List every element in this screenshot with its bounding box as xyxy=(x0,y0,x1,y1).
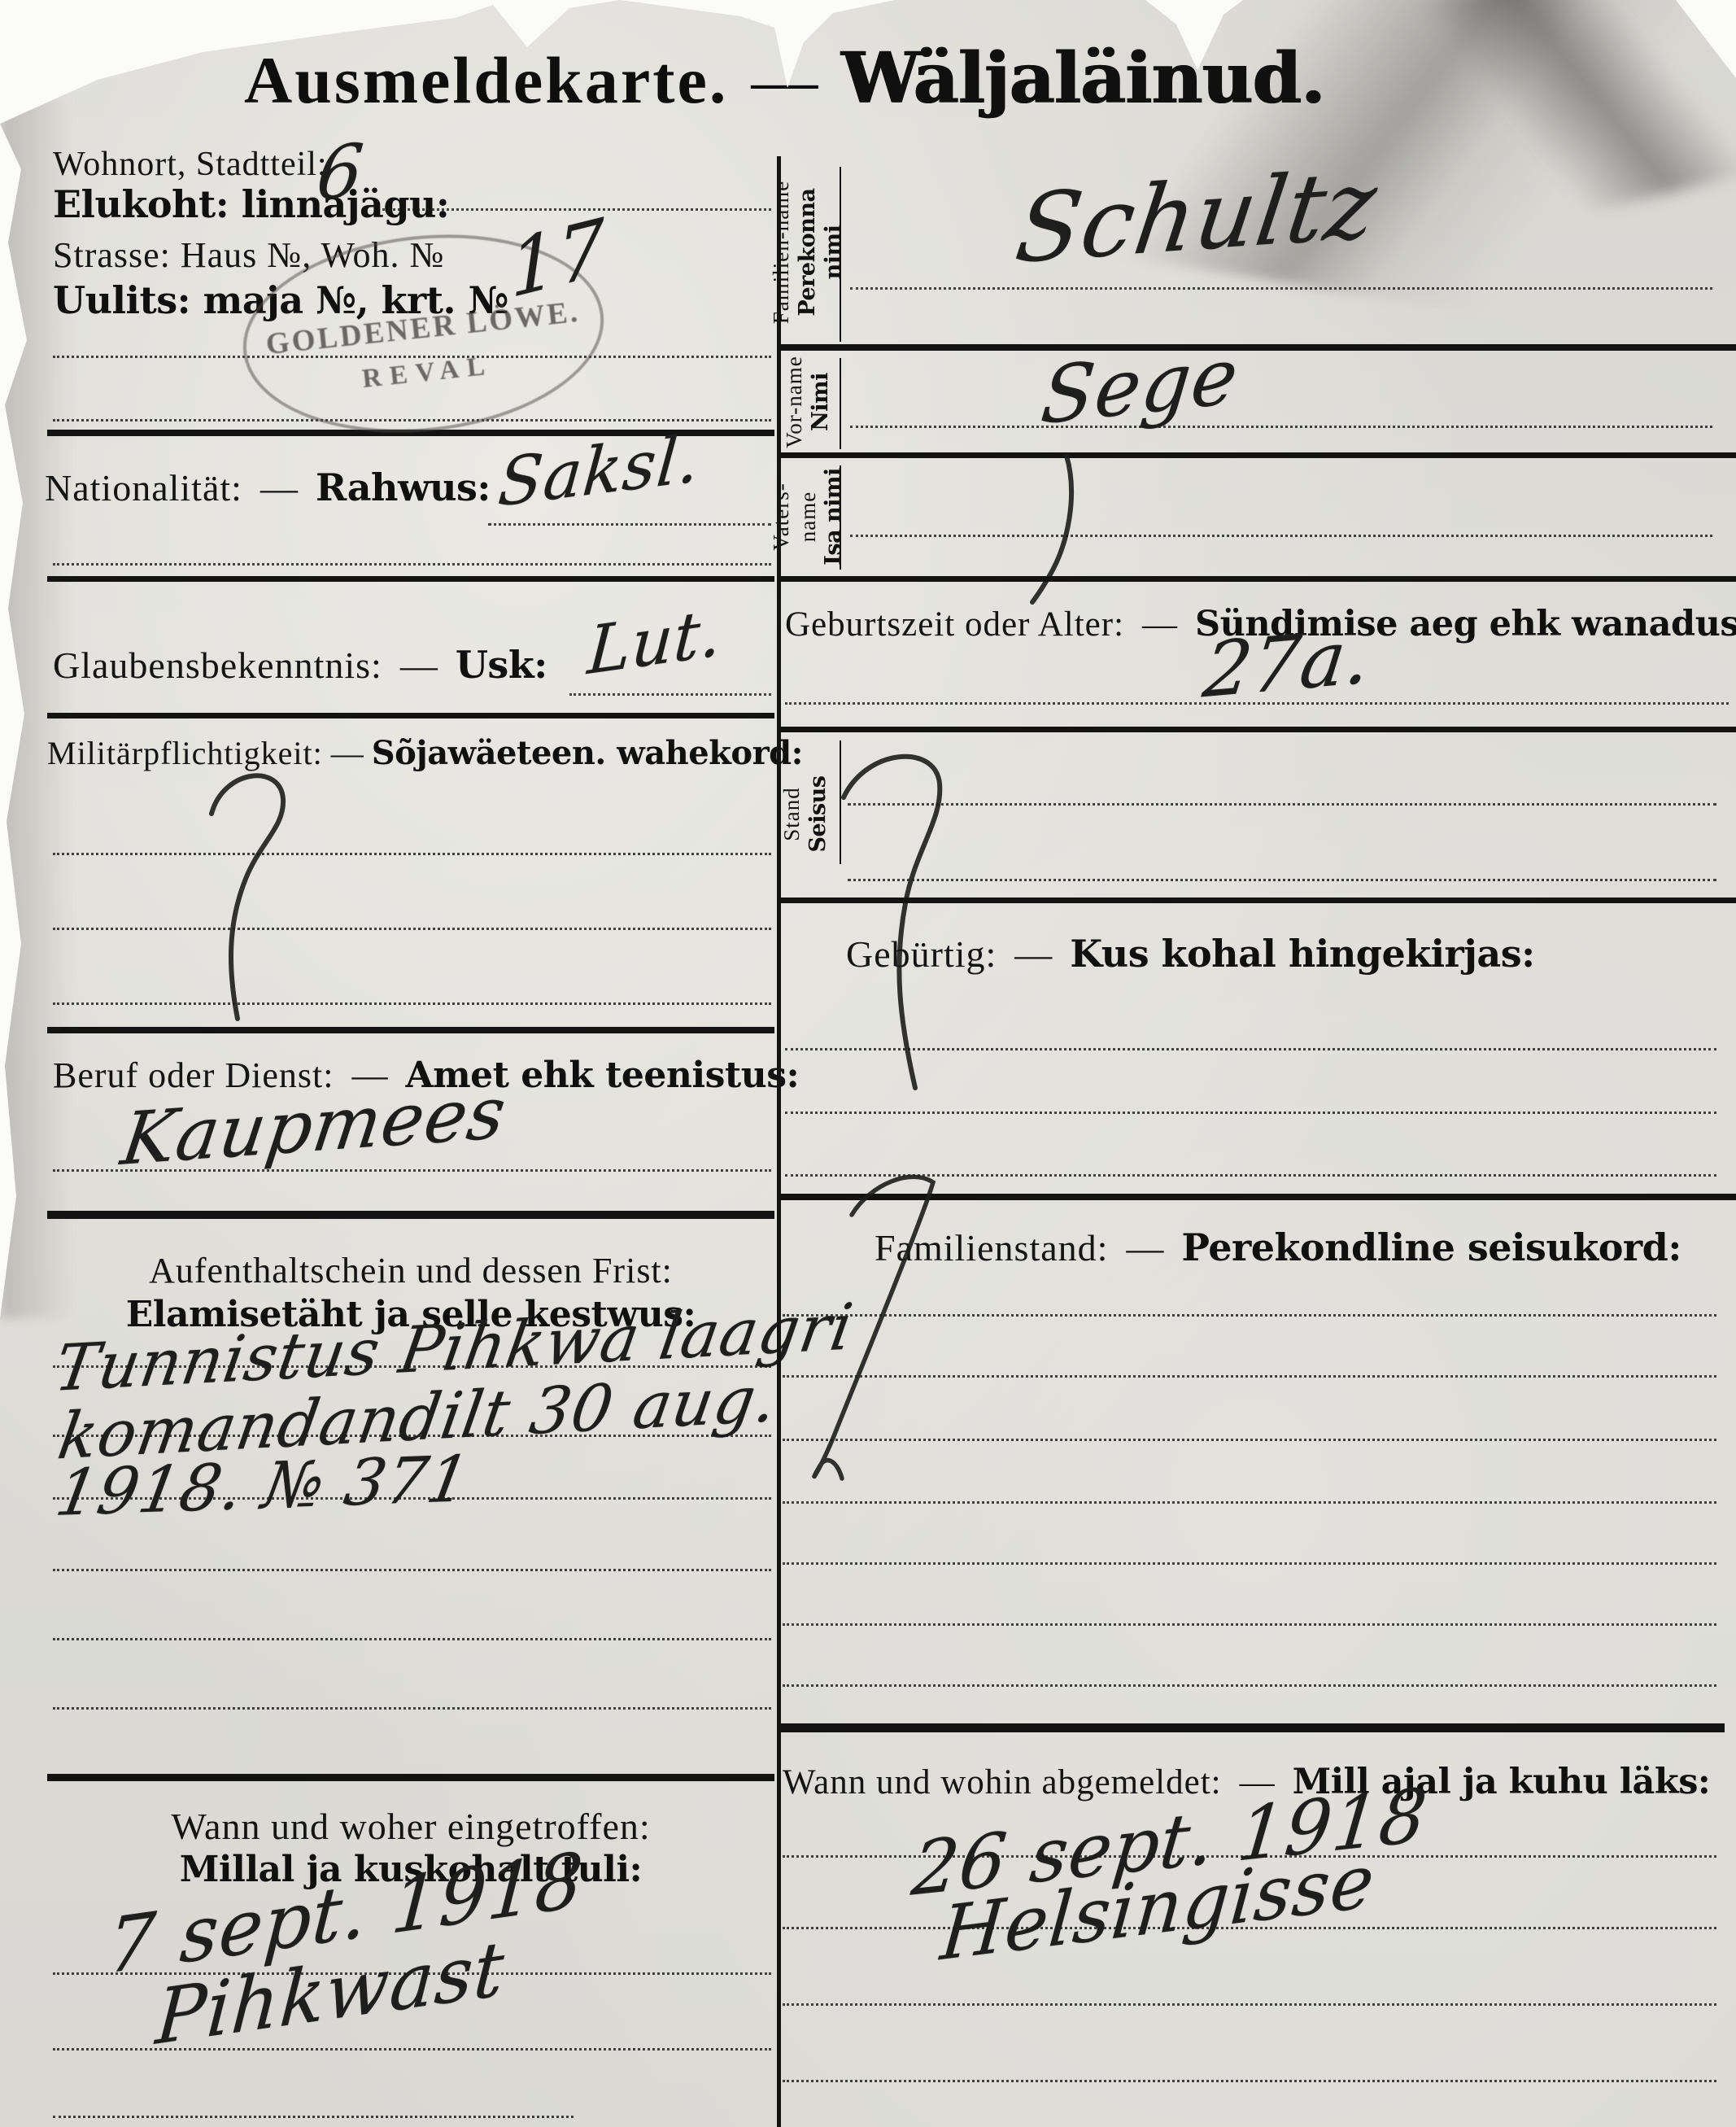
residence-label-estonian: Elukoht: linnajägu: xyxy=(53,182,449,226)
question-stroke-icon xyxy=(1021,446,1086,609)
label-dash: — xyxy=(1142,605,1177,644)
section-rule xyxy=(47,576,774,582)
native-place-label-estonian: Kus kohal hingekirjas: xyxy=(1070,932,1534,976)
section-rule xyxy=(779,344,1736,351)
dotted-writing-line xyxy=(783,1927,1716,1929)
section-rule xyxy=(47,1027,774,1033)
birth-age-label-german: Geburtszeit oder Alter: xyxy=(785,605,1124,644)
family-status-label-estonian: Perekondline seisukord: xyxy=(1181,1225,1681,1269)
surname-value-handwritten: Schultz xyxy=(1010,150,1384,285)
dotted-writing-line xyxy=(783,2003,1716,2006)
religion-label-estonian: Usk: xyxy=(456,643,547,687)
dotted-writing-line xyxy=(53,1707,771,1710)
arrival-label-german: Wann und woher eingetroffen: xyxy=(49,1805,773,1848)
dotted-writing-line xyxy=(783,1375,1716,1378)
label-separator-line xyxy=(840,465,841,570)
religion-value-handwritten: Lut. xyxy=(585,594,724,690)
dotted-writing-line xyxy=(53,2116,574,2118)
question-stroke-icon xyxy=(195,757,301,1025)
label-dash: — xyxy=(1014,932,1052,976)
dotted-writing-line xyxy=(53,1638,771,1640)
residence-permit-label-german: Aufenthaltschein und dessen Frist: xyxy=(49,1250,773,1291)
military-duty-label-estonian: Sõjawäeteen. wahekord: xyxy=(372,734,803,772)
dotted-writing-line xyxy=(785,702,1729,705)
dotted-writing-line xyxy=(848,879,1716,881)
native-place-label-german: Gebürtig: xyxy=(846,932,997,976)
age-value-handwritten: 27a. xyxy=(1199,612,1376,714)
dotted-writing-line xyxy=(53,1497,771,1500)
dotted-writing-line xyxy=(569,693,771,696)
section-rule xyxy=(47,713,774,718)
dotted-writing-line xyxy=(53,1569,771,1571)
residence-label-german: Wohnort, Stadtteil: xyxy=(53,145,328,184)
district-value-handwritten: 6 xyxy=(313,127,369,217)
dotted-writing-line xyxy=(783,1314,1716,1317)
dotted-writing-line xyxy=(783,1501,1716,1504)
dotted-writing-line xyxy=(53,853,771,855)
military-duty-label: Militärpflichtigkeit: — Sõjawäeteen. wah… xyxy=(47,734,803,772)
card-title: Ausmeldekarte. — Wäljaläinud. xyxy=(244,37,1324,120)
dotted-writing-line xyxy=(783,1562,1716,1565)
label-separator-line xyxy=(840,167,841,342)
dotted-writing-line xyxy=(53,928,771,930)
section-rule xyxy=(779,1723,1725,1732)
label-dash: — xyxy=(1126,1226,1163,1269)
surname-label-german: Familien-name xyxy=(768,163,795,342)
dotted-writing-line xyxy=(53,1002,771,1005)
status-label-estonian: Seisus xyxy=(805,735,832,893)
firstname-label-estonian: Nimi xyxy=(808,354,835,450)
title-estonian: Wäljaläinud. xyxy=(840,37,1324,120)
departure-label-german: Wann und wohin abgemeldet: xyxy=(783,1762,1222,1802)
label-dash: — xyxy=(260,466,298,509)
firstname-label-german: Vor-name xyxy=(781,354,808,450)
dotted-writing-line xyxy=(488,523,771,526)
label-separator-line xyxy=(840,358,841,449)
dotted-writing-line xyxy=(785,1048,1716,1050)
fathersname-label-german: Vaters-name xyxy=(768,461,822,572)
section-rule xyxy=(779,576,1736,582)
dotted-writing-line xyxy=(783,1623,1716,1626)
fathersname-label-estonian: Isa nimi xyxy=(821,461,848,572)
title-dash: — xyxy=(751,42,818,119)
dotted-writing-line xyxy=(53,563,771,566)
section-rule xyxy=(47,1774,774,1781)
dotted-writing-line xyxy=(848,803,1716,806)
question-stroke-icon xyxy=(834,728,972,1094)
scanned-document: Ausmeldekarte. — Wäljaläinud. Wohnort, S… xyxy=(0,0,1736,2127)
paper-card: Ausmeldekarte. — Wäljaläinud. Wohnort, S… xyxy=(0,0,1736,2127)
dotted-writing-line xyxy=(53,1169,771,1172)
dotted-writing-line xyxy=(53,1435,771,1437)
label-dash: — xyxy=(400,644,438,687)
native-place-label: Gebürtig: — Kus kohal hingekirjas: xyxy=(846,932,1535,976)
section-rule xyxy=(779,898,1736,903)
status-label-german: Stand xyxy=(779,735,805,893)
dotted-writing-line xyxy=(850,287,1712,290)
dotted-writing-line xyxy=(53,1365,771,1368)
dotted-writing-line xyxy=(53,2048,771,2051)
dotted-writing-line xyxy=(785,1112,1716,1114)
religion-label: Glaubensbekenntnis: — Usk: xyxy=(53,643,547,687)
dotted-writing-line xyxy=(850,426,1712,428)
residence-permit-handwritten-line3: 1918. № 371 xyxy=(50,1443,475,1531)
religion-label-german: Glaubensbekenntnis: xyxy=(53,644,382,687)
title-german: Ausmeldekarte. xyxy=(244,42,728,119)
dotted-writing-line xyxy=(783,2080,1716,2082)
dotted-writing-line xyxy=(783,1684,1716,1687)
nationality-label-german: Nationalität: xyxy=(45,466,242,509)
section-rule xyxy=(47,1211,774,1219)
dotted-writing-line xyxy=(850,535,1712,537)
dotted-writing-line xyxy=(783,1439,1716,1441)
question-stroke-icon xyxy=(801,1168,944,1497)
label-dash: — xyxy=(331,734,364,772)
nationality-label: Nationalität: — Rahwus: xyxy=(45,465,491,509)
family-status-label: Familienstand: — Perekondline seisukord: xyxy=(875,1225,1681,1269)
nationality-label-estonian: Rahwus: xyxy=(316,465,491,509)
paper-crease xyxy=(1343,0,1736,259)
section-rule xyxy=(779,452,1736,458)
